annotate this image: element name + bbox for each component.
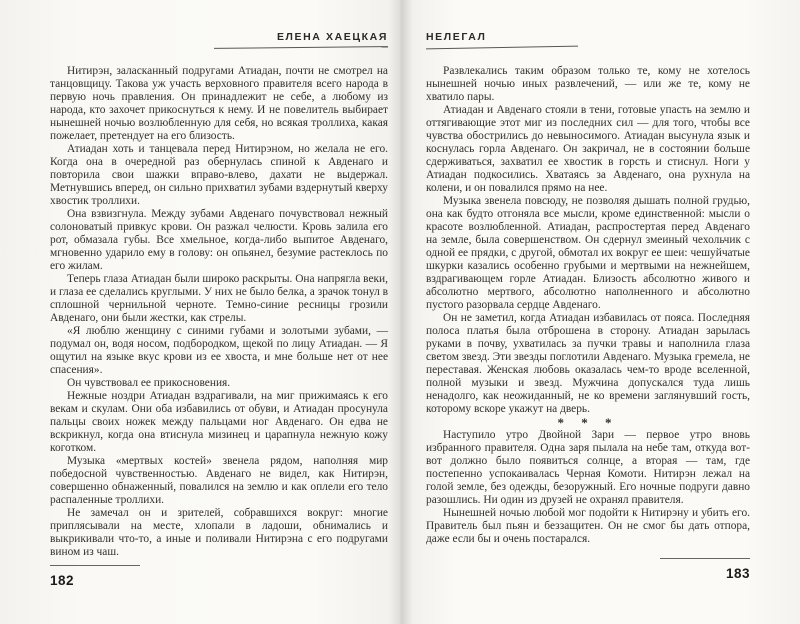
- running-head-title: НЕЛЕГАЛ: [426, 0, 750, 48]
- paragraph: Развлекались таким образом только те, ко…: [426, 65, 750, 104]
- page-right: НЕЛЕГАЛ Развлекались таким образом тольк…: [400, 0, 800, 624]
- paragraph: Музыка «мертвых костей» звенела рядом, н…: [50, 455, 388, 507]
- footer-rule-left: [50, 565, 140, 566]
- paragraph: Нитирэн, заласканный подругами Атиадан, …: [50, 65, 388, 143]
- paragraph: Он не заметил, когда Атиадан избавилась …: [426, 312, 750, 416]
- paragraph: Теперь глаза Атиадан были широко раскрыт…: [50, 273, 388, 325]
- paragraph: Атиадан и Авденаго стояли в тени, готовы…: [426, 104, 750, 195]
- paragraph: Наступило утро Двойной Зари — первое утр…: [426, 429, 750, 507]
- header-rule-left: [214, 46, 388, 49]
- book-spread-photo: ЕЛЕНА ХАЕЦКАЯ Нитирэн, заласканный подру…: [0, 0, 800, 624]
- section-break-asterisks: * * *: [426, 416, 750, 429]
- footer-rule-right: [660, 558, 750, 559]
- left-page-body: Нитирэн, заласканный подругами Атиадан, …: [50, 65, 388, 559]
- paragraph: Он чувствовал ее прикосновения.: [50, 377, 388, 390]
- paragraph: Атиадан хоть и танцевала перед Нитирэном…: [50, 143, 388, 208]
- page-number-left: 182: [50, 573, 388, 588]
- paragraph: Она взвизгнула. Между зубами Авденаго по…: [50, 208, 388, 273]
- left-page-footer: 182: [50, 565, 388, 588]
- paragraph: Не замечал он и зрителей, собравшихся во…: [50, 507, 388, 559]
- paragraph: Музыка звенела повсюду, не позволяя дыша…: [426, 195, 750, 312]
- running-head-title-text: НЕЛЕГАЛ: [426, 31, 487, 43]
- paragraph: «Я люблю женщину с синими губами и золот…: [50, 325, 388, 377]
- right-page-body: Развлекались таким образом только те, ко…: [426, 65, 750, 546]
- page-left: ЕЛЕНА ХАЕЦКАЯ Нитирэн, заласканный подру…: [0, 0, 400, 624]
- right-page-footer: 183: [426, 558, 750, 581]
- header-rule-right: [426, 46, 578, 50]
- running-head-author: ЕЛЕНА ХАЕЦКАЯ: [50, 0, 388, 48]
- paragraph: Нынешней ночью любой мог подойти к Нитир…: [426, 507, 750, 546]
- page-number-right: 183: [426, 566, 750, 581]
- paragraph: Нежные ноздри Атиадан вздрагивали, на ми…: [50, 390, 388, 455]
- running-head-author-text: ЕЛЕНА ХАЕЦКАЯ: [277, 31, 388, 43]
